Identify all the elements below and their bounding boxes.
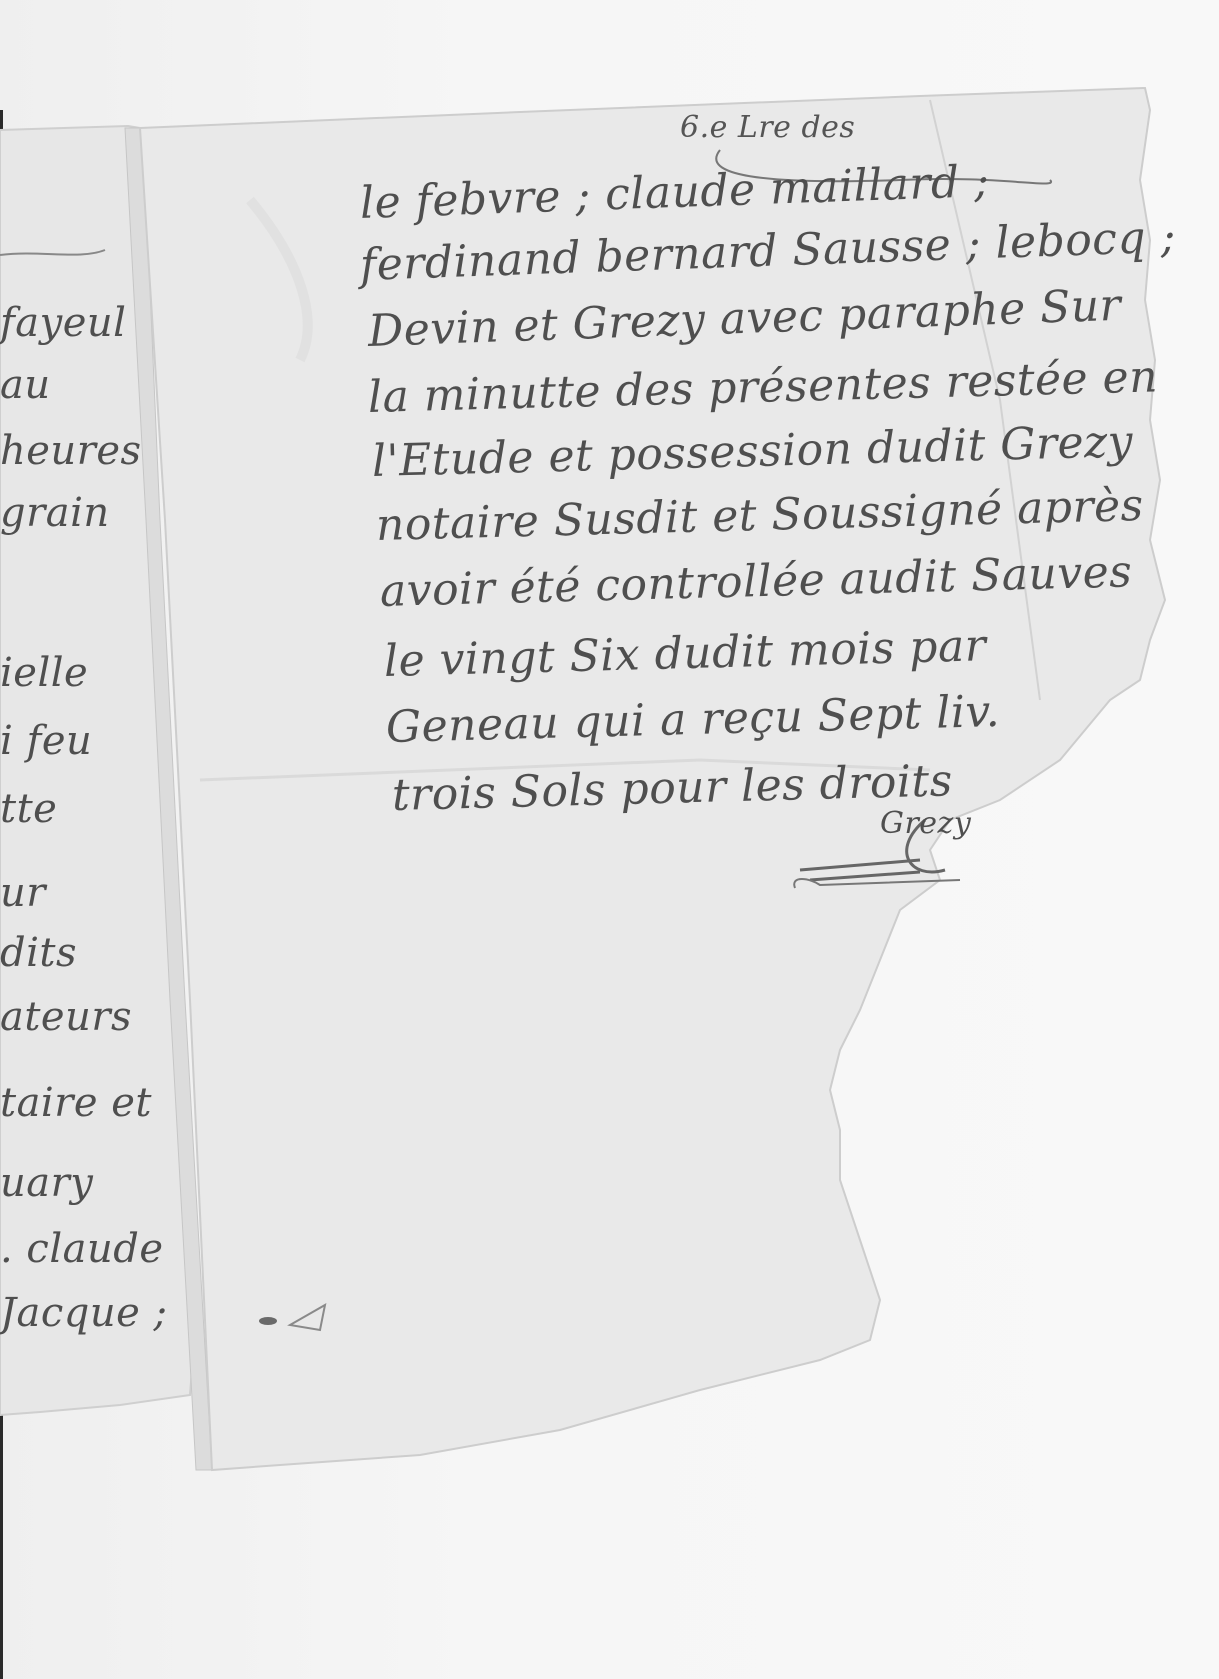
text-fragment: . claude (0, 1226, 164, 1272)
text-fragment: taire et (0, 1080, 152, 1126)
text-fragment: au (0, 362, 51, 408)
text-fragment: fayeul (0, 300, 126, 346)
text-fragment: ielle (0, 650, 88, 696)
text-fragment: Jacque ; (0, 1290, 168, 1336)
text-fragment: heures (0, 428, 142, 474)
text-fragment: ateurs (0, 994, 132, 1040)
text-fragment: dits (0, 930, 77, 976)
text-fragment: grain (0, 490, 110, 536)
text-fragment: tte (0, 786, 57, 832)
text-fragment: ur (0, 870, 46, 916)
text-fragment: i feu (0, 718, 92, 764)
text-fragment: uary (0, 1160, 93, 1206)
header-note: 6.e Lre des (680, 110, 855, 145)
signature: Grezy (880, 806, 971, 841)
